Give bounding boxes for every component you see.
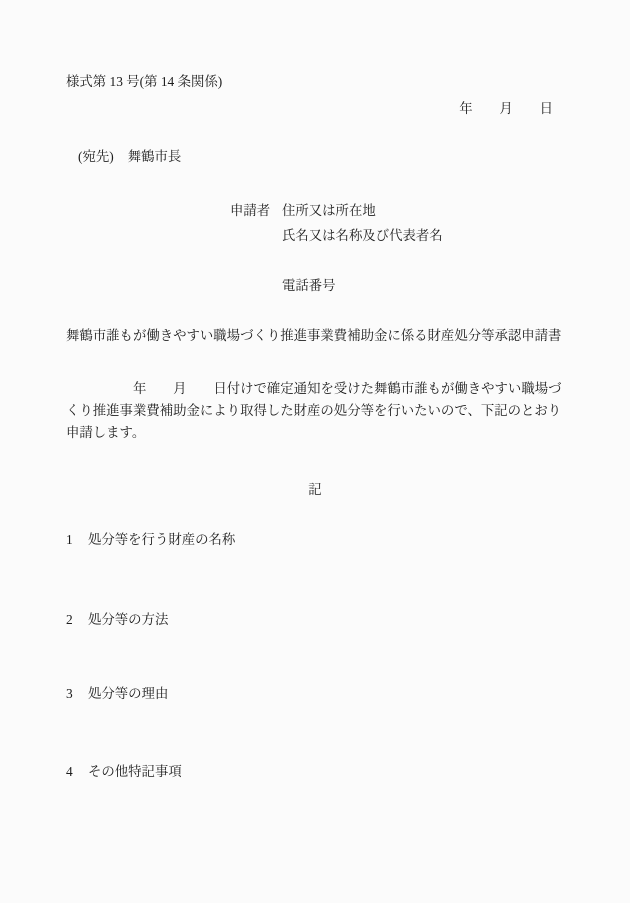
list-item-3: 3処分等の理由 <box>66 686 168 701</box>
item-4-label: その他特記事項 <box>88 764 182 779</box>
list-item-1: 1処分等を行う財産の名称 <box>66 532 235 547</box>
item-3-label: 処分等の理由 <box>88 686 168 701</box>
body-paragraph-line-2: くり推進事業費補助金により取得した財産の処分等を行いたいので、下記のとおり <box>66 403 561 418</box>
item-4-number: 4 <box>66 764 88 779</box>
body-paragraph-line-1: 年 月 日付けで確定通知を受けた舞鶴市誰もが働きやすい職場づ <box>133 381 562 396</box>
body-paragraph-line-3: 申請します。 <box>66 425 145 440</box>
list-item-2: 2処分等の方法 <box>66 612 168 627</box>
applicant-address-label: 住所又は所在地 <box>282 203 376 218</box>
applicant-phone-label: 電話番号 <box>282 278 336 293</box>
item-2-number: 2 <box>66 612 88 627</box>
applicant-name-label: 氏名又は名称及び代表者名 <box>282 228 443 243</box>
record-marker: 記 <box>0 482 630 497</box>
document-title: 舞鶴市誰もが働きやすい職場づくり推進事業費補助金に係る財産処分等承認申請書 <box>66 328 564 343</box>
addressee-name: 舞鶴市長 <box>128 149 182 164</box>
document-page: 様式第 13 号(第 14 条関係) 年 月 日 (宛先)舞鶴市長 申請者 住所… <box>0 0 630 903</box>
addressee-prefix: (宛先) <box>78 149 114 164</box>
addressee-line: (宛先)舞鶴市長 <box>78 149 181 164</box>
list-item-4: 4その他特記事項 <box>66 764 182 779</box>
item-3-number: 3 <box>66 686 88 701</box>
item-1-number: 1 <box>66 532 88 547</box>
date-blank-line: 年 月 日 <box>459 101 553 116</box>
item-2-label: 処分等の方法 <box>88 612 168 627</box>
item-1-label: 処分等を行う財産の名称 <box>88 532 235 547</box>
applicant-label: 申請者 <box>230 203 270 218</box>
form-number: 様式第 13 号(第 14 条関係) <box>66 74 222 89</box>
